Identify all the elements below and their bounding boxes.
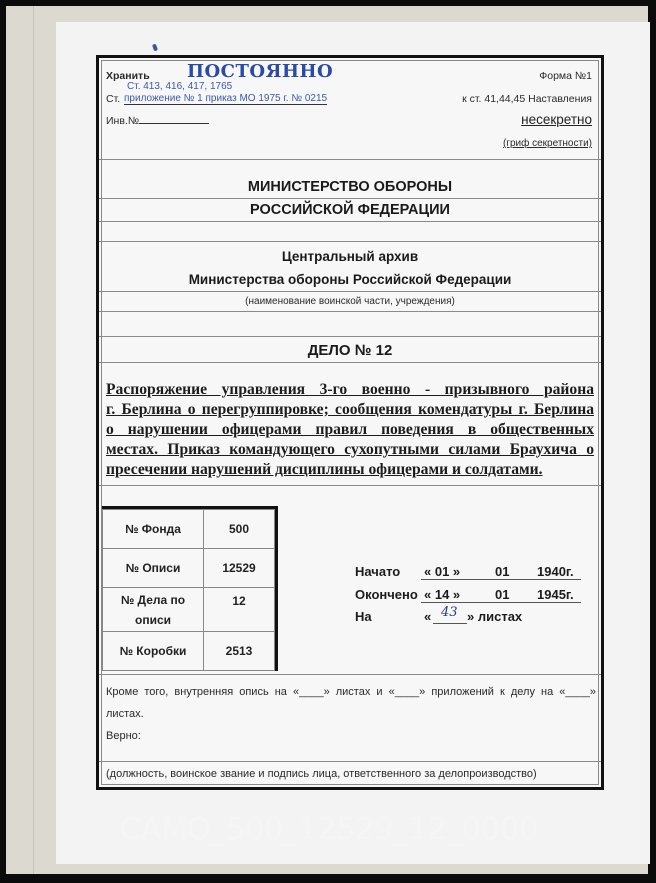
form-label: Форма №1 bbox=[539, 70, 592, 82]
divider bbox=[99, 311, 601, 312]
signature-caption: (должность, воинское звание и подпись ли… bbox=[106, 768, 537, 780]
st-value-text: приложение № 1 приказ МО 1975 г. № 0215 bbox=[124, 93, 327, 105]
divider bbox=[99, 485, 601, 486]
started-label: Начато bbox=[355, 564, 400, 579]
table-row: № Коробки 2513 bbox=[103, 632, 275, 671]
divider bbox=[99, 336, 601, 337]
case-description-line: г. Берлина о перегруппировке; сообщения … bbox=[106, 400, 594, 420]
sheets-count-handwritten: 43 bbox=[441, 605, 458, 620]
sheets-open-quote: « bbox=[424, 609, 431, 624]
inventory-statement-2: листах. bbox=[106, 708, 144, 720]
divider bbox=[99, 291, 601, 292]
sheets-underline bbox=[433, 623, 467, 624]
certified-label: Верно: bbox=[106, 730, 141, 742]
folder-crease bbox=[33, 6, 34, 874]
divider bbox=[99, 674, 601, 675]
table-row: № Фонда 500 bbox=[103, 510, 275, 549]
divider bbox=[99, 241, 601, 242]
index-table: № Фонда 500 № Описи 12529 № Дела по опис… bbox=[102, 506, 278, 671]
delo-value: 12 bbox=[204, 588, 275, 632]
case-description-line: пресечении нарушений дисциплины офицерам… bbox=[106, 460, 594, 480]
started-month: 01 bbox=[495, 564, 509, 579]
archive-line-1: Центральный архив bbox=[99, 249, 601, 264]
case-title: ДЕЛО № 12 bbox=[99, 342, 601, 359]
classification-caption: (гриф секретности) bbox=[503, 138, 592, 149]
archive-caption: (наименование воинской части, учреждения… bbox=[99, 296, 601, 307]
scan-watermark: CAMO_500_12529_12_0000 bbox=[120, 812, 538, 847]
form-reference: к ст. 41,44,45 Наставления bbox=[462, 93, 592, 105]
fond-label: № Фонда bbox=[103, 510, 204, 549]
classification-value: несекретно bbox=[521, 112, 592, 127]
ministry-line-2: РОССИЙСКОЙ ФЕДЕРАЦИИ bbox=[99, 202, 601, 218]
st-value: приложение № 1 приказ МО 1975 г. № 0215 bbox=[124, 93, 327, 104]
archive-line-2: Министерства обороны Российской Федераци… bbox=[99, 272, 601, 287]
case-description-line: Распоряжение управления 3-го военно - пр… bbox=[106, 380, 594, 400]
delo-label: № Дела по описи bbox=[103, 588, 204, 632]
sheets-label: На bbox=[355, 609, 372, 624]
ended-underline bbox=[421, 602, 581, 603]
ended-month: 01 bbox=[495, 587, 509, 602]
case-description-line: местах. Приказ командующего сухопутными … bbox=[106, 440, 594, 460]
ended-label: Окончено bbox=[355, 587, 418, 602]
box-value: 2513 bbox=[204, 632, 275, 671]
signature-line bbox=[99, 761, 601, 762]
started-underline bbox=[421, 579, 581, 580]
inv-label: Инв.№ bbox=[106, 115, 139, 127]
permanent-stamp: ПОСТОЯННО bbox=[187, 61, 333, 82]
case-cover-form: Хранить ПОСТОЯННО Ст. 413, 416, 417, 176… bbox=[96, 55, 604, 790]
ministry-line-1: МИНИСТЕРСТВО ОБОРОНЫ bbox=[99, 179, 601, 195]
ended-day: « 14 » bbox=[424, 587, 460, 602]
case-description-line: о нарушении офицерами правил поведения в… bbox=[106, 420, 594, 440]
articles-stamp: Ст. 413, 416, 417, 1765 bbox=[127, 81, 232, 92]
inventory-statement: Кроме того, внутренняя опись на «____» л… bbox=[106, 686, 596, 698]
inventory-number-label: Инв.№ bbox=[106, 115, 209, 127]
box-label: № Коробки bbox=[103, 632, 204, 671]
sheets-close-label: » листах bbox=[467, 609, 522, 624]
opis-value: 12529 bbox=[204, 549, 275, 588]
started-year: 1940г. bbox=[537, 564, 574, 579]
divider bbox=[99, 159, 601, 160]
divider bbox=[99, 221, 601, 222]
fond-value: 500 bbox=[204, 510, 275, 549]
divider bbox=[99, 362, 601, 363]
divider bbox=[99, 198, 601, 199]
table-row: № Описи 12529 bbox=[103, 549, 275, 588]
ended-year: 1945г. bbox=[537, 587, 574, 602]
case-description: Распоряжение управления 3-го военно - пр… bbox=[106, 380, 594, 480]
opis-label: № Описи bbox=[103, 549, 204, 588]
table-row: № Дела по описи 12 bbox=[103, 588, 275, 632]
started-day: « 01 » bbox=[424, 564, 460, 579]
st-label: Ст. bbox=[106, 93, 120, 105]
